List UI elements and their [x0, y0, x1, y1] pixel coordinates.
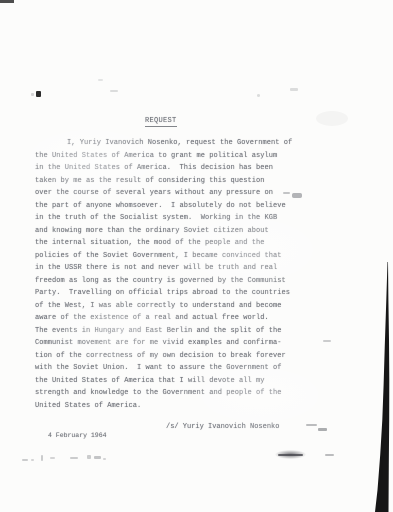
scan-edge-streak [0, 0, 393, 512]
scanned-letter-page: REQUEST I, Yuriy Ivanovich Nosenko, requ… [0, 0, 393, 512]
